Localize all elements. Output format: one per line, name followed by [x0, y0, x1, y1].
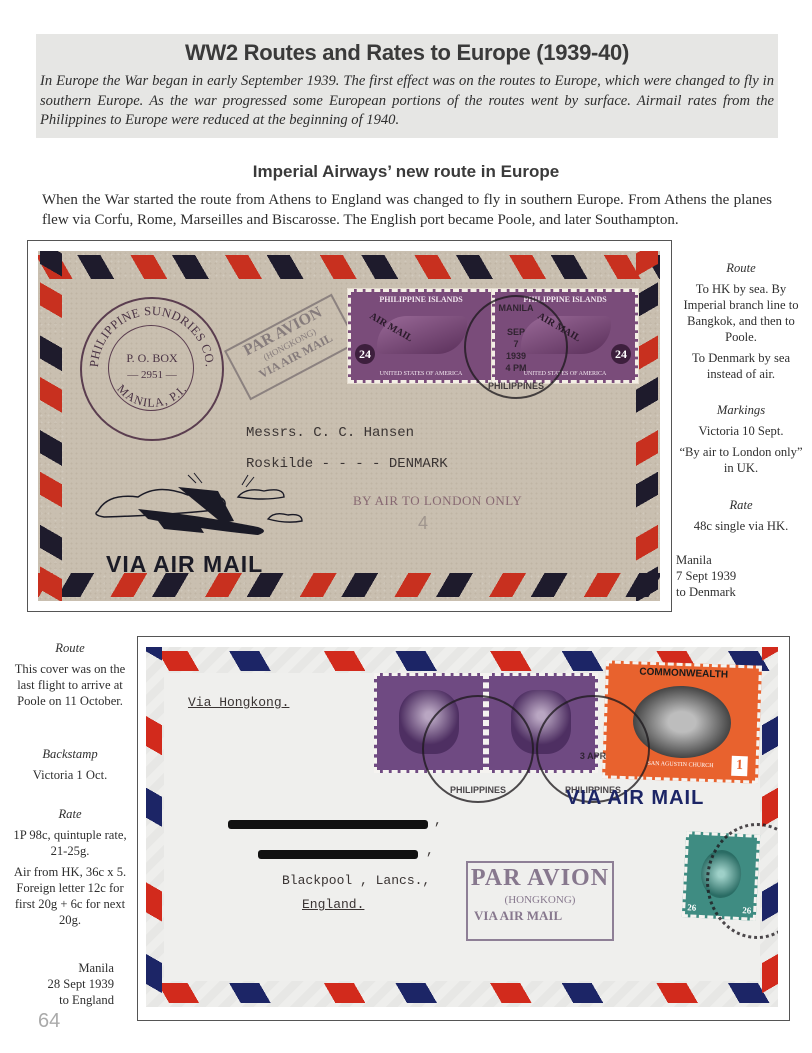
rate-text: 48c single via HK.: [676, 518, 806, 534]
header-box: WW2 Routes and Rates to Europe (1939-40)…: [36, 34, 778, 138]
route-text: To HK by sea. By Imperial branch line to…: [676, 281, 806, 345]
cover-2-rate: Rate 1P 98c, quintuple rate, 21-25g. Air…: [8, 806, 132, 933]
cover-2-backstamp: Backstamp Victoria 1 Oct.: [8, 746, 132, 788]
backstamp-text: Victoria 1 Oct.: [8, 767, 132, 783]
manila-postmark: MANILA SEP 7 1939 4 PM PHILIPPINES: [464, 295, 568, 399]
cover-1-envelope: PHILIPPINE SUNDRIES CO. MANILA, P.I. P. …: [38, 251, 660, 601]
markings-by-air: “By air to London only” in UK.: [676, 444, 806, 476]
cover-2-route: Route This cover was on the last flight …: [8, 640, 132, 714]
cover-1-notes: Route To HK by sea. By Imperial branch l…: [676, 260, 806, 387]
cover-2-origin: Manila 28 Sept 1939 to England: [30, 960, 114, 1008]
address-line-2: Roskilde - - - - DENMARK: [246, 456, 448, 472]
address-city: Blackpool , Lancs.,: [282, 873, 430, 888]
airmail-border-left: [146, 647, 162, 1007]
rate-breakdown: Air from HK, 36c x 5. Foreign letter 12c…: [8, 864, 132, 928]
section-description: When the War started the route from Athe…: [42, 190, 772, 230]
par-avion-handstamp: PAR AVION (HONGKONG) VIA AIR MAIL: [466, 861, 614, 941]
airmail-border-bottom: [146, 983, 778, 1003]
manila-postmark-1: PHILIPPINES: [422, 695, 534, 803]
cover-1-origin: Manila 7 Sept 1939 to Denmark: [676, 552, 806, 600]
routing-instruction: Via Hongkong.: [188, 695, 289, 710]
company-cachet: PHILIPPINE SUNDRIES CO. MANILA, P.I. P. …: [80, 297, 224, 441]
pencil-notation: 4: [418, 513, 428, 534]
route-text-denmark: To Denmark by sea instead of air.: [676, 350, 806, 382]
cover-1-frame: PHILIPPINE SUNDRIES CO. MANILA, P.I. P. …: [27, 240, 672, 612]
airmail-border-right: [636, 251, 658, 601]
via-air-mail-label: VIA AIR MAIL: [566, 787, 704, 810]
cachet-box-number: — 2951 —: [82, 369, 222, 381]
intro-text: In Europe the War began in early Septemb…: [40, 72, 774, 131]
via-air-mail-label: VIA AIR MAIL: [106, 551, 263, 578]
cover-2-envelope: Via Hongkong. COMMONWEALTH SAN AGUSTIN C…: [146, 647, 778, 1007]
markings-heading: Markings: [676, 402, 806, 418]
backstamp-heading: Backstamp: [8, 746, 132, 762]
redacted-address-line-2: [258, 850, 418, 859]
redacted-address-line-1: [228, 820, 428, 829]
by-air-to-london-handstamp: BY AIR TO LONDON ONLY: [353, 493, 522, 509]
cachet-box-label: P. O. BOX: [82, 351, 222, 366]
route-heading: Route: [676, 260, 806, 276]
airplane-illustration-icon: [78, 471, 338, 551]
cover-1-rate: Rate 48c single via HK.: [676, 497, 806, 539]
cover-2-frame: Via Hongkong. COMMONWEALTH SAN AGUSTIN C…: [137, 636, 790, 1021]
rate-heading: Rate: [8, 806, 132, 822]
page-number: 64: [38, 1010, 60, 1033]
cover-1-markings: Markings Victoria 10 Sept. “By air to Lo…: [676, 402, 806, 481]
page-title: WW2 Routes and Rates to Europe (1939-40): [36, 40, 778, 66]
airmail-border-top: [38, 255, 660, 279]
route-text: This cover was on the last flight to arr…: [8, 661, 132, 709]
section-title: Imperial Airways’ new route in Europe: [0, 162, 812, 182]
address-line-1: Messrs. C. C. Hansen: [246, 425, 414, 441]
rate-text: 1P 98c, quintuple rate, 21-25g.: [8, 827, 132, 859]
address-country: England.: [302, 897, 364, 912]
markings-victoria: Victoria 10 Sept.: [676, 423, 806, 439]
airmail-border-left: [40, 251, 62, 601]
route-heading: Route: [8, 640, 132, 656]
rate-heading: Rate: [676, 497, 806, 513]
